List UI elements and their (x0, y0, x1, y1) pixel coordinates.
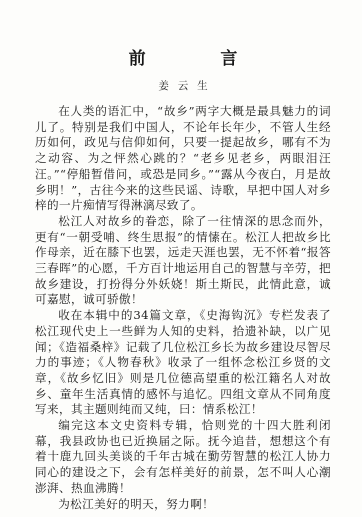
scanned-book-page: 前 言 姜云生 在人类的语汇中，“故乡”两字大概是最具魅力的词儿了。特别是我们中… (0, 0, 362, 517)
paragraph-2: 松江人对故乡的眷恋，除了一往情深的思念而外，更有“一朝受哺、终生思报”的情愫在。… (35, 214, 331, 308)
text-block: 前 言 姜云生 在人类的语汇中，“故乡”两字大概是最具魅力的词儿了。特别是我们中… (35, 44, 331, 512)
paragraph-3: 收在本辑中的34篇文章，《史海钩沉》专栏发表了松江现代史上一些鲜为人知的史料，拾… (35, 308, 331, 418)
author-byline: 姜云生 (35, 78, 331, 93)
paragraph-4: 编完这本文史资料专辑，恰则党的十四大胜利闭幕，我县政协也已近换届之际。抚今追昔，… (35, 418, 331, 497)
page-title: 前 言 (35, 44, 331, 69)
paragraph-5: 为松江美好的明天，努力啊！ (35, 497, 331, 513)
paragraph-1: 在人类的语汇中，“故乡”两字大概是最具魅力的词儿了。特别是我们中国人，不论年长年… (35, 104, 331, 214)
